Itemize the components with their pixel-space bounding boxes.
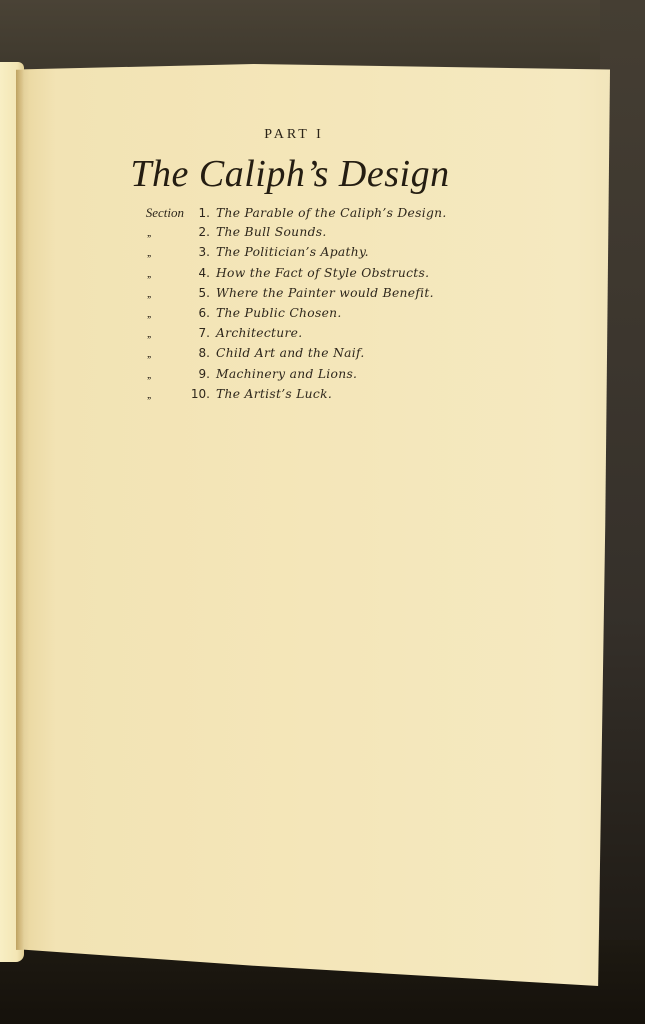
toc-ditto-mark: ,, <box>120 247 188 259</box>
toc-number: 2. <box>188 225 210 239</box>
toc-ditto-mark: ,, <box>120 348 188 360</box>
toc-entry: ,, 7. Architecture. <box>120 326 480 346</box>
table-of-contents: Section 1. The Parable of the Caliph’s D… <box>120 205 480 407</box>
toc-entry: ,, 6. The Public Chosen. <box>120 306 480 326</box>
toc-ditto-mark: ,, <box>120 268 188 280</box>
toc-entry: ,, 9. Machinery and Lions. <box>120 367 480 387</box>
toc-title: The Public Chosen. <box>210 306 342 320</box>
toc-entry: ,, 2. The Bull Sounds. <box>120 225 480 245</box>
toc-number: 9. <box>188 367 210 381</box>
toc-number: 4. <box>188 266 210 280</box>
toc-ditto-mark: ,, <box>120 328 188 340</box>
toc-title: The Artist’s Luck. <box>210 387 332 401</box>
toc-ditto-mark: ,, <box>120 369 188 381</box>
toc-number: 10. <box>188 387 210 401</box>
toc-title: Architecture. <box>210 326 302 340</box>
toc-number: 3. <box>188 245 210 259</box>
toc-ditto-mark: ,, <box>120 389 188 401</box>
toc-title: Machinery and Lions. <box>210 367 357 381</box>
toc-entry: ,, 10. The Artist’s Luck. <box>120 387 480 407</box>
toc-entry: ,, 5. Where the Painter would Benefit. <box>120 286 480 306</box>
toc-number: 7. <box>188 326 210 340</box>
part-label: PART I <box>0 127 588 143</box>
toc-entry: ,, 4. How the Fact of Style Obstructs. <box>120 266 480 286</box>
toc-number: 8. <box>188 346 210 360</box>
toc-number: 5. <box>188 286 210 300</box>
toc-title: The Politician’s Apathy. <box>210 245 369 259</box>
toc-entry: Section 1. The Parable of the Caliph’s D… <box>120 205 480 225</box>
toc-title: How the Fact of Style Obstructs. <box>210 266 429 280</box>
toc-title: The Bull Sounds. <box>210 225 327 239</box>
toc-title: The Parable of the Caliph’s Design. <box>210 206 447 220</box>
page-content: PART I The Caliph’s Design Section 1. Th… <box>0 0 645 1024</box>
page-title: The Caliph’s Design <box>0 152 580 196</box>
toc-ditto-mark: ,, <box>120 288 188 300</box>
toc-title: Where the Painter would Benefit. <box>210 286 434 300</box>
toc-number: 1. <box>188 206 210 220</box>
toc-entry: ,, 8. Child Art and the Naif. <box>120 346 480 366</box>
toc-ditto-mark: ,, <box>120 308 188 320</box>
toc-number: 6. <box>188 306 210 320</box>
toc-entry: ,, 3. The Politician’s Apathy. <box>120 245 480 265</box>
toc-ditto-mark: ,, <box>120 227 188 239</box>
toc-prefix: Section <box>120 205 188 221</box>
toc-title: Child Art and the Naif. <box>210 346 365 360</box>
